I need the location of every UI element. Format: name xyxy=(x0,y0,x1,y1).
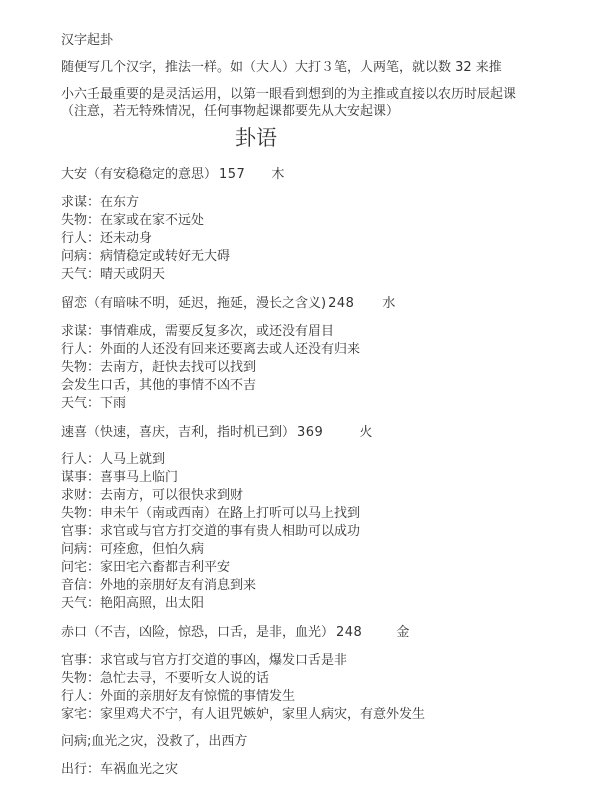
list-item: 问病：可痊愈，但怕久病 xyxy=(61,541,204,558)
list-item: 问病;血光之灾，没救了，出西方 xyxy=(61,733,247,750)
section-element: 火 xyxy=(359,424,372,441)
section-heading-chikou: 赤口（不吉，凶险，惊恐，口舌，是非，血光）248金 xyxy=(61,624,409,641)
list-item: 失物：去南方，赶快去找可以找到 xyxy=(61,359,256,376)
section-heading-daan: 大安（有安稳稳定的意思）157木 xyxy=(61,166,284,183)
list-item: 天气：晴天或阴天 xyxy=(61,266,165,283)
section-name: 速喜（快速，喜庆，吉利，指时机已到） xyxy=(61,425,295,440)
list-item: 官事：求官或与官方打交道的事有贵人相助可以成功 xyxy=(61,523,360,540)
list-item: 天气：艳阳高照，出太阳 xyxy=(61,595,204,612)
list-item: 失物：申未午（南或西南）在路上打听可以马上找到 xyxy=(61,505,360,522)
intro-paragraph-1: 随便写几个汉字，推法一样。如（大人）大打３笔，人两笔，就以数 32 来推 xyxy=(61,59,502,76)
list-item: 失物：急忙去寻，不要听女人说的话 xyxy=(61,670,269,687)
section-element: 金 xyxy=(396,624,409,641)
section-name: 留恋（有暗味不明，延迟，拖延，漫长之含义) xyxy=(61,296,326,311)
section-heading-liulian: 留恋（有暗味不明，延迟，拖延，漫长之含义)248水 xyxy=(61,295,395,312)
intro-heading: 汉字起卦 xyxy=(61,32,113,49)
section-numbers: 369 xyxy=(297,425,323,440)
section-heading-suxi: 速喜（快速，喜庆，吉利，指时机已到）369火 xyxy=(61,424,372,441)
section-element: 水 xyxy=(382,295,395,312)
list-item: 谋事：喜事马上临门 xyxy=(61,469,178,486)
list-item: 求谋：事情难成，需要反复多次，或还没有眉目 xyxy=(61,323,334,340)
list-item: 行人：人马上就到 xyxy=(61,451,165,468)
intro-paragraph-2-line-1: 小六壬最重要的是灵活运用，以第一眼看到想到的为主推或直接以农历时辰起课 xyxy=(61,86,516,103)
list-item: 官事：求官或与官方打交道的事凶，爆发口舌是非 xyxy=(61,652,347,669)
list-item: 家宅：家里鸡犬不宁，有人诅咒嫉妒，家里人病灾，有意外发生 xyxy=(61,706,425,723)
list-item: 求谋：在东方 xyxy=(61,194,139,211)
section-numbers: 248 xyxy=(328,296,354,311)
section-numbers: 157 xyxy=(219,167,245,182)
section-element: 木 xyxy=(271,166,284,183)
list-item: 问病：病情稳定或转好无大碍 xyxy=(61,248,230,265)
section-name: 大安（有安稳稳定的意思） xyxy=(61,167,217,182)
list-item: 行人：还未动身 xyxy=(61,230,152,247)
list-item: 出行：车祸血光之灾 xyxy=(61,761,178,778)
page-title: 卦语 xyxy=(61,125,451,151)
list-item: 失物：在家或在家不远处 xyxy=(61,212,204,229)
list-item: 求财：去南方，可以很快求到财 xyxy=(61,487,243,504)
list-item: 问宅：家田宅六畜都吉利平安 xyxy=(61,559,230,576)
intro-paragraph-2-line-2: （注意，若无特殊情况，任何事物起课都要先从大安起课） xyxy=(61,103,399,120)
list-item: 行人：外面的人还没有回来还要离去或人还没有归来 xyxy=(61,341,360,358)
list-item: 音信：外地的亲朋好友有消息到来 xyxy=(61,577,256,594)
list-item: 行人：外面的亲朋好友有惊慌的事情发生 xyxy=(61,688,295,705)
section-numbers: 248 xyxy=(336,625,362,640)
list-item: 天气：下雨 xyxy=(61,395,126,412)
list-item: 会发生口舌，其他的事情不凶不吉 xyxy=(61,377,256,394)
section-name: 赤口（不吉，凶险，惊恐，口舌，是非，血光） xyxy=(61,625,334,640)
